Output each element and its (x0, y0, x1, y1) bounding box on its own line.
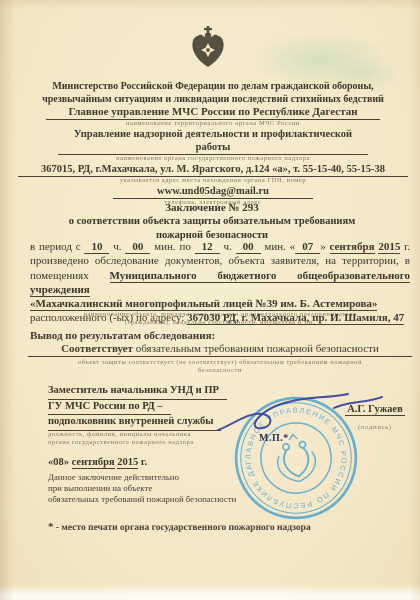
mchs-double-headed-eagle-icon (190, 26, 226, 74)
signer-caption-line2: органа государственного пожарного надзор… (48, 439, 227, 447)
year-suffix: г. (404, 241, 410, 253)
conclusion-result-line: Соответствует обязательным требованиям п… (28, 343, 412, 357)
validity-line1: Данное заключение действительно (48, 472, 236, 483)
org-address: 367015, РД, г.Махачкала, ул. М. Ярагског… (18, 163, 408, 177)
date-month: сентября (330, 241, 375, 254)
signature-caption: (подпись) (336, 424, 414, 431)
signing-date-line: «08» сентября 2015 г. (48, 456, 227, 471)
seal-place-mark: М.П.* (259, 433, 289, 444)
validity-line2: при выполнении на объекте (48, 483, 236, 494)
directorate-caption: наименование территориального органа МЧС… (18, 120, 408, 128)
signer-position-line2: ГУ МЧС России по РД – (48, 400, 171, 416)
signer-name-block: А.Г. Гужаев (подпись) (336, 399, 414, 431)
signer-name: А.Г. Гужаев (345, 404, 405, 416)
signer-position-line3: подполковник внутренней службы (48, 415, 221, 431)
signing-date-year: 2015 (117, 457, 138, 469)
ministry-name-line2: чрезвычайным ситуациям и ликвидации посл… (18, 93, 408, 106)
period-line: в период с 10 ч. 00 мин. по 12 ч. 00 мин… (30, 240, 410, 254)
faded-teal-stamp-smudge (250, 34, 380, 86)
time-from-hours: 10 (84, 241, 109, 254)
validity-line3: обязательных требований пожарной безопас… (48, 494, 236, 505)
footnote-text: - место печати органа государственного п… (54, 523, 311, 533)
conclusion-result-rest: обязательным требованиям пожарной безопа… (133, 343, 379, 355)
hours-label: ч. (113, 241, 121, 253)
time-from-minutes: 00 (125, 241, 150, 254)
date-close-quote: » (320, 241, 326, 253)
conclusion-result-bold: Соответствует (61, 343, 133, 355)
department-caption: наименование органа государственного пож… (18, 155, 408, 163)
org-address-caption: указывается адрес места нахождения орган… (18, 177, 408, 185)
department-name: Управление надзорной деятельности и проф… (58, 128, 368, 155)
period-text: в период с (30, 241, 81, 253)
conclusion-caption-line1: объект защиты соответствует (не соответс… (28, 359, 412, 367)
conclusion-caption-line2: безопасности (28, 367, 412, 375)
object-address-line: расположенного (-ых) по адресу: 367030 Р… (30, 312, 412, 324)
scanned-document-page: Министерство Российской Федерации по дел… (0, 0, 420, 600)
document-title: Заключение № 293 о соответствии объекта … (20, 202, 404, 242)
signer-caption-line1: должность, фамилия, инициалы начальника (48, 431, 227, 439)
signing-date-day: «08» (48, 457, 69, 468)
premises-prefix: помещениях (30, 270, 89, 282)
signing-date-month: сентября (72, 457, 115, 469)
signer-position-line1: Заместитель начальника УНД и ПР (48, 384, 227, 400)
signing-date-suffix: г. (141, 457, 147, 468)
minutes-to-label: мин. по (154, 241, 191, 253)
premises-line: помещениях Муниципального бюджетного общ… (30, 269, 410, 298)
date-open-quote: мин. « (264, 241, 295, 253)
letterhead: Министерство Российской Федерации по дел… (18, 80, 408, 207)
document-number: Заключение № 293 (20, 202, 404, 215)
ministry-name-line1: Министерство Российской Федерации по дел… (18, 80, 408, 93)
conclusion-captions: объект защиты соответствует (не соответс… (28, 359, 412, 375)
survey-line: произведено обследование документов, объ… (30, 254, 410, 268)
document-subtitle-line1: о соответствии объекта защиты обязательн… (20, 215, 404, 229)
date-year: 2015 (378, 241, 400, 254)
org-email: www.und05dag@mail.ru (113, 185, 313, 199)
time-to-minutes: 00 (236, 241, 261, 254)
conclusion-label: Вывод по результатам обследования: (30, 330, 215, 342)
date-day: 07 (295, 241, 320, 254)
organization-name-line2-wrap: «Махачкалинский многопрофильный лицей №3… (30, 297, 410, 311)
directorate-name: Главное управление МЧС России по Республ… (46, 106, 380, 120)
object-address-prefix: расположенного (-ых) по адресу: (30, 312, 184, 324)
time-to-hours: 12 (195, 241, 220, 254)
object-address-value: 367030 РД, г. Махачкала, пр. И. Шамиля, … (187, 312, 404, 325)
validity-note: Данное заключение действительно при выпо… (48, 472, 236, 505)
hours-label-2: ч. (223, 241, 231, 253)
footnote: * - место печати органа государственного… (48, 521, 311, 533)
signing-block: Заместитель начальника УНД и ПР ГУ МЧС Р… (48, 384, 227, 470)
organization-name-line2: «Махачкалинский многопрофильный лицей №3… (30, 298, 377, 311)
